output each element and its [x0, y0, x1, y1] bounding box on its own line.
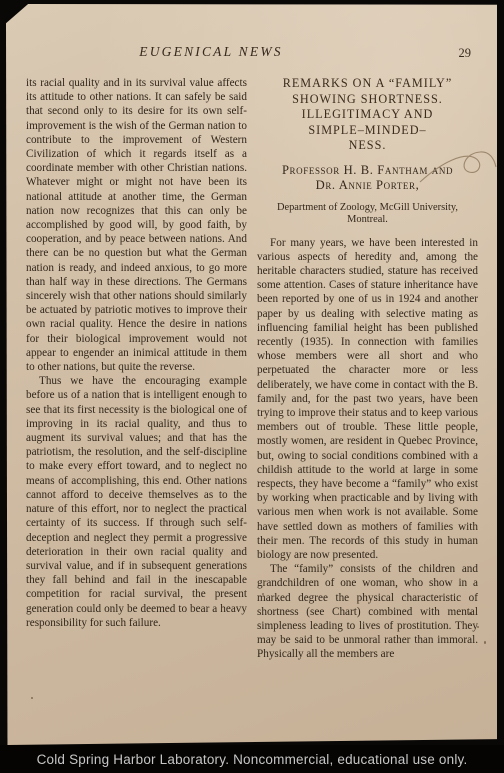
running-head: EUGENICAL NEWS 29 — [26, 44, 479, 68]
license-bar: Cold Spring Harbor Laboratory. Noncommer… — [0, 745, 504, 773]
page-content: EUGENICAL NEWS 29 its racial quality and… — [6, 4, 497, 662]
two-column-layout: its racial quality and in its survival v… — [26, 76, 479, 662]
scan-speck — [477, 626, 479, 628]
scan-speck — [31, 697, 33, 699]
scan-artifact-thread — [418, 142, 500, 192]
page-number: 29 — [459, 46, 472, 61]
article-title-line: REMARKS ON A “FAMILY” — [257, 76, 478, 92]
body-paragraph: For many years, we have been interested … — [257, 236, 478, 563]
article-title-line: SHOWING SHORTNESS. — [257, 92, 478, 108]
article-title-line: SIMPLE–MINDED– — [257, 123, 478, 139]
scan-speck — [484, 641, 486, 644]
body-paragraph: The “family” consists of the children an… — [257, 562, 478, 661]
article-title-line: ILLEGITIMACY AND — [257, 107, 478, 123]
scan-speck — [262, 593, 264, 595]
affiliation-line: Montreal. — [257, 214, 478, 227]
body-paragraph: Thus we have the encouraging example bef… — [26, 374, 247, 630]
author-affiliation: Department of Zoology, McGill University… — [257, 202, 478, 227]
scanned-page: EUGENICAL NEWS 29 its racial quality and… — [6, 4, 497, 745]
license-caption: Cold Spring Harbor Laboratory. Noncommer… — [37, 752, 468, 767]
affiliation-line: Department of Zoology, McGill University… — [257, 202, 478, 215]
left-column: its racial quality and in its survival v… — [26, 76, 247, 662]
body-paragraph: its racial quality and in its survival v… — [26, 76, 247, 374]
scan-speck — [469, 612, 472, 615]
journal-title: EUGENICAL NEWS — [26, 44, 396, 60]
